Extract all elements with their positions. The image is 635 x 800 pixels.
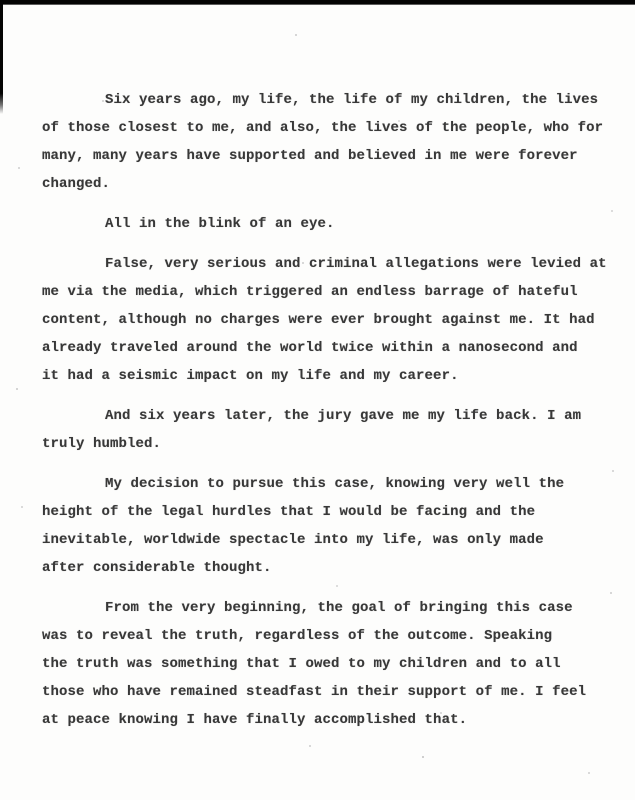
text-line: inevitable, worldwide spectacle into my … [42,526,608,554]
document-body: Six years ago, my life, the life of my c… [42,86,608,746]
text-line: those who have remained steadfast in the… [42,678,608,706]
text-line: False, very serious and criminal allegat… [42,250,608,278]
paragraph: False, very serious and criminal allegat… [42,250,608,390]
text-line: after considerable thought. [42,554,608,582]
text-line: at peace knowing I have finally accompli… [42,706,608,734]
paragraph: My decision to pursue this case, knowing… [42,470,608,582]
paragraph: From the very beginning, the goal of bri… [42,594,608,734]
text-line: of those closest to me, and also, the li… [42,114,608,142]
paragraph: All in the blink of an eye. [42,210,608,238]
text-line: many, many years have supported and beli… [42,142,608,170]
text-line: height of the legal hurdles that I would… [42,498,608,526]
text-line: me via the media, which triggered an end… [42,278,608,306]
text-line: All in the blink of an eye. [42,210,608,238]
scan-noise-specks [0,0,2,2]
text-line: the truth was something that I owed to m… [42,650,608,678]
text-line: Six years ago, my life, the life of my c… [42,86,608,114]
text-line: already traveled around the world twice … [42,334,608,362]
scanned-document-page: Six years ago, my life, the life of my c… [0,0,635,800]
text-line: it had a seismic impact on my life and m… [42,362,608,390]
text-line: And six years later, the jury gave me my… [42,402,608,430]
text-line: From the very beginning, the goal of bri… [42,594,608,622]
paragraph: And six years later, the jury gave me my… [42,402,608,458]
scan-edge-top-artifact [0,0,635,5]
text-line: was to reveal the truth, regardless of t… [42,622,608,650]
paragraph: Six years ago, my life, the life of my c… [42,86,608,198]
text-line: truly humbled. [42,430,608,458]
text-line: content, although no charges were ever b… [42,306,608,334]
scan-edge-left-artifact [0,0,3,114]
text-line: changed. [42,170,608,198]
text-line: My decision to pursue this case, knowing… [42,470,608,498]
